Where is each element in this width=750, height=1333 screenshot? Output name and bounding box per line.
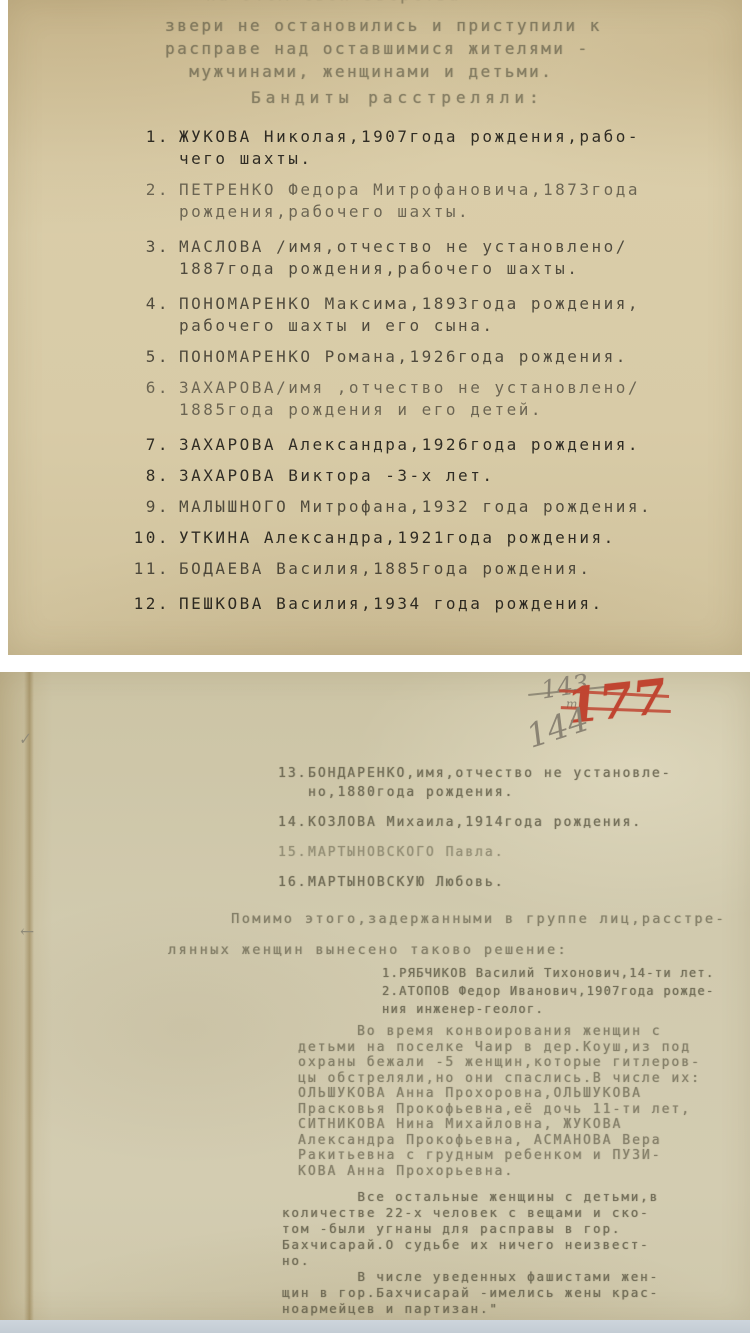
list-item: 11.БОДАЕВА Василия,1885года рождения. (126, 558, 728, 580)
item-text: ЗАХАРОВА/имя ,отчество не установлено/ 1… (179, 377, 640, 421)
list-item: 2.ПЕТРЕНКО Федора Митрофановича,1873года… (126, 179, 728, 223)
additional-victims-list: 1.РЯБЧИКОВ Василий Тихонович,14-ти лет. … (382, 964, 714, 1018)
item-number: 9. (126, 496, 179, 518)
list-item: 1.РЯБЧИКОВ Василий Тихонович,14-ти лет. (382, 964, 714, 982)
item-text: БОДАЕВА Василия,1885года рождения. (179, 558, 592, 580)
item-text: ЗАХАРОВА Виктора -3-х лет. (179, 465, 494, 487)
victims-list: 1.ЖУКОВА Николая,1907года рождения,рабо-… (126, 126, 728, 624)
margin-check-mark: ✓ (17, 729, 33, 749)
paragraph-convoy: Во время конвоирования женщин с детьми н… (298, 1024, 701, 1179)
item-text: ЖУКОВА Николая,1907года рождения,рабо- ч… (179, 126, 640, 170)
list-item: 13.БОНДАРЕНКО,имя,отчество не установле-… (278, 764, 672, 802)
document-scan: { "page1": { "intro_fragment": "на этом … (0, 0, 750, 1333)
list-item: 9.МАЛЫШНОГО Митрофана,1932 года рождения… (126, 496, 728, 518)
item-number: 13. (278, 764, 308, 802)
document-page-1: на этом свои зверства звери не остановил… (8, 0, 742, 655)
paragraph-remaining-women: Все остальные женщины с детьми,в количес… (282, 1189, 659, 1269)
item-number: 14. (278, 813, 308, 832)
item-number: 6. (126, 377, 179, 421)
list-item: 15.МАРТЫНОВСКОГО Павла. (278, 843, 672, 862)
item-number: 10. (126, 527, 179, 549)
section-heading: Бандиты расстреляли: (251, 88, 544, 107)
item-text: МАРТЫНОВСКУЮ Любовь. (308, 873, 505, 892)
paragraph-taken-away: В числе уведенных фашистами жен- щин в г… (282, 1269, 659, 1317)
item-number: 4. (126, 293, 179, 337)
item-number: 1. (126, 126, 179, 170)
list-item: 14.КОЗЛОВА Михаила,1914года рождения. (278, 813, 672, 832)
item-number: 12. (126, 593, 179, 615)
item-text: ЗАХАРОВА Александра,1926года рождения. (179, 434, 640, 456)
intro-paragraph: звери не остановились и приступили к рас… (165, 14, 602, 83)
document-page-2: 143 т. 177 144 ✓ ← 13.БОНДАРЕНКО,имя,отч… (0, 672, 750, 1320)
paper-fold-line (24, 672, 34, 1320)
item-number: 5. (126, 346, 179, 368)
item-text: МАРТЫНОВСКОГО Павла. (308, 843, 505, 862)
item-text: МАСЛОВА /имя,отчество не установлено/ 18… (179, 236, 628, 280)
item-text: УТКИНА Александра,1921года рождения. (179, 527, 616, 549)
item-number: 16. (278, 873, 308, 892)
victims-list-continued: 13.БОНДАРЕНКО,имя,отчество не установле-… (278, 764, 672, 903)
pencil-page-number: 144 (522, 699, 594, 756)
item-text: РЯБЧИКОВ Василий Тихонович,14-ти лет. (399, 966, 714, 980)
item-text: БОНДАРЕНКО,имя,отчество не установле- но… (308, 764, 672, 802)
item-text: КОЗЛОВА Михаила,1914года рождения. (308, 813, 642, 832)
item-number: 2. (126, 179, 179, 223)
list-item: 8.ЗАХАРОВА Виктора -3-х лет. (126, 465, 728, 487)
item-number: 3. (126, 236, 179, 280)
item-text: МАЛЫШНОГО Митрофана,1932 года рождения. (179, 496, 652, 518)
item-number: 15. (278, 843, 308, 862)
list-item: 2.АТОПОВ Федор Иванович,1907года рожде- … (382, 982, 714, 1018)
item-text: ПОНОМАРЕНКО Романа,1926года рождения. (179, 346, 628, 368)
item-number: 8. (126, 465, 179, 487)
item-number: 7. (126, 434, 179, 456)
item-text: ПОНОМАРЕНКО Максима,1893года рождения, р… (179, 293, 640, 337)
list-item: 7.ЗАХАРОВА Александра,1926года рождения. (126, 434, 728, 456)
list-item: 12.ПЕШКОВА Василия,1934 года рождения. (126, 593, 728, 615)
list-item: 16.МАРТЫНОВСКУЮ Любовь. (278, 873, 672, 892)
item-number: 1. (382, 966, 399, 980)
item-text: ПЕШКОВА Василия,1934 года рождения. (179, 593, 604, 615)
list-item: 5.ПОНОМАРЕНКО Романа,1926года рождения. (126, 346, 728, 368)
item-text: ПЕТРЕНКО Федора Митрофановича,1873года р… (179, 179, 640, 223)
clipped-top-line: на этом свои зверства (206, 0, 461, 4)
list-item: 4.ПОНОМАРЕНКО Максима,1893года рождения,… (126, 293, 728, 337)
margin-arrow-mark: ← (20, 922, 34, 942)
paragraph-besides: Помимо этого,задержанными в группе лиц,р… (168, 904, 726, 966)
item-text: АТОПОВ Федор Иванович,1907года рожде- ни… (382, 984, 714, 1016)
list-item: 3.МАСЛОВА /имя,отчество не установлено/ … (126, 236, 728, 280)
item-number: 2. (382, 984, 399, 998)
list-item: 1.ЖУКОВА Николая,1907года рождения,рабо-… (126, 126, 728, 170)
closing-paragraphs: Все остальные женщины с детьми,в количес… (282, 1189, 659, 1317)
item-number: 11. (126, 558, 179, 580)
list-item: 6.ЗАХАРОВА/имя ,отчество не установлено/… (126, 377, 728, 421)
list-item: 10.УТКИНА Александра,1921года рождения. (126, 527, 728, 549)
scanner-edge (0, 1320, 750, 1333)
